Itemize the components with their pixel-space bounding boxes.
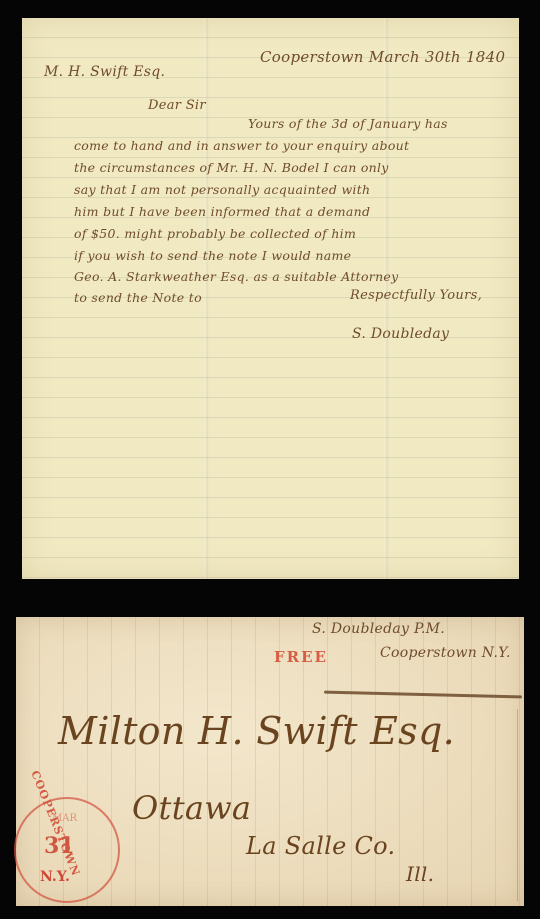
letter-body-line: the circumstances of Mr. H. N. Bodel I c… xyxy=(74,160,389,175)
postmark-state: N.Y. xyxy=(40,869,70,885)
letter-page: Cooperstown March 30th 1840 M. H. Swift … xyxy=(22,18,519,579)
letter-body-line: come to hand and in answer to your enqui… xyxy=(74,138,409,153)
letter-addressee: M. H. Swift Esq. xyxy=(44,64,165,80)
frank-underline xyxy=(324,691,522,699)
letter-dateline: Cooperstown March 30th 1840 xyxy=(260,48,505,66)
postmark-month: MAR xyxy=(52,813,77,824)
letter-body-line: him but I have been informed that a dema… xyxy=(74,204,370,219)
address-county: La Salle Co. xyxy=(246,832,395,860)
frank-town: Cooperstown N.Y. xyxy=(380,645,511,661)
postmark-circle: COOPERSTOWN MAR 31 N.Y. xyxy=(14,797,120,903)
free-stamp: FREE xyxy=(274,648,328,666)
letter-body-line: Yours of the 3d of January has xyxy=(248,116,448,131)
letter-body-line: if you wish to send the note I would nam… xyxy=(74,248,351,263)
letter-closing: Respectfully Yours, xyxy=(350,288,482,303)
frank-signature: S. Doubleday P.M. xyxy=(312,621,445,637)
letter-body-line: say that I am not personally acquainted … xyxy=(74,182,370,197)
envelope-fold-edge xyxy=(517,709,524,901)
postmark-day: 31 xyxy=(44,833,75,859)
letter-body-line: Geo. A. Starkweather Esq. as a suitable … xyxy=(74,269,399,284)
letter-signature: S. Doubleday xyxy=(352,326,449,342)
letter-salutation: Dear Sir xyxy=(148,98,206,113)
envelope-cover: S. Doubleday P.M. Cooperstown N.Y. FREE … xyxy=(16,617,524,906)
address-name: Milton H. Swift Esq. xyxy=(58,709,455,753)
letter-body-line: to send the Note to xyxy=(74,290,202,305)
address-city: Ottawa xyxy=(132,789,251,827)
letter-body-line: of $50. might probably be collected of h… xyxy=(74,226,356,241)
address-state: Ill. xyxy=(406,862,434,886)
